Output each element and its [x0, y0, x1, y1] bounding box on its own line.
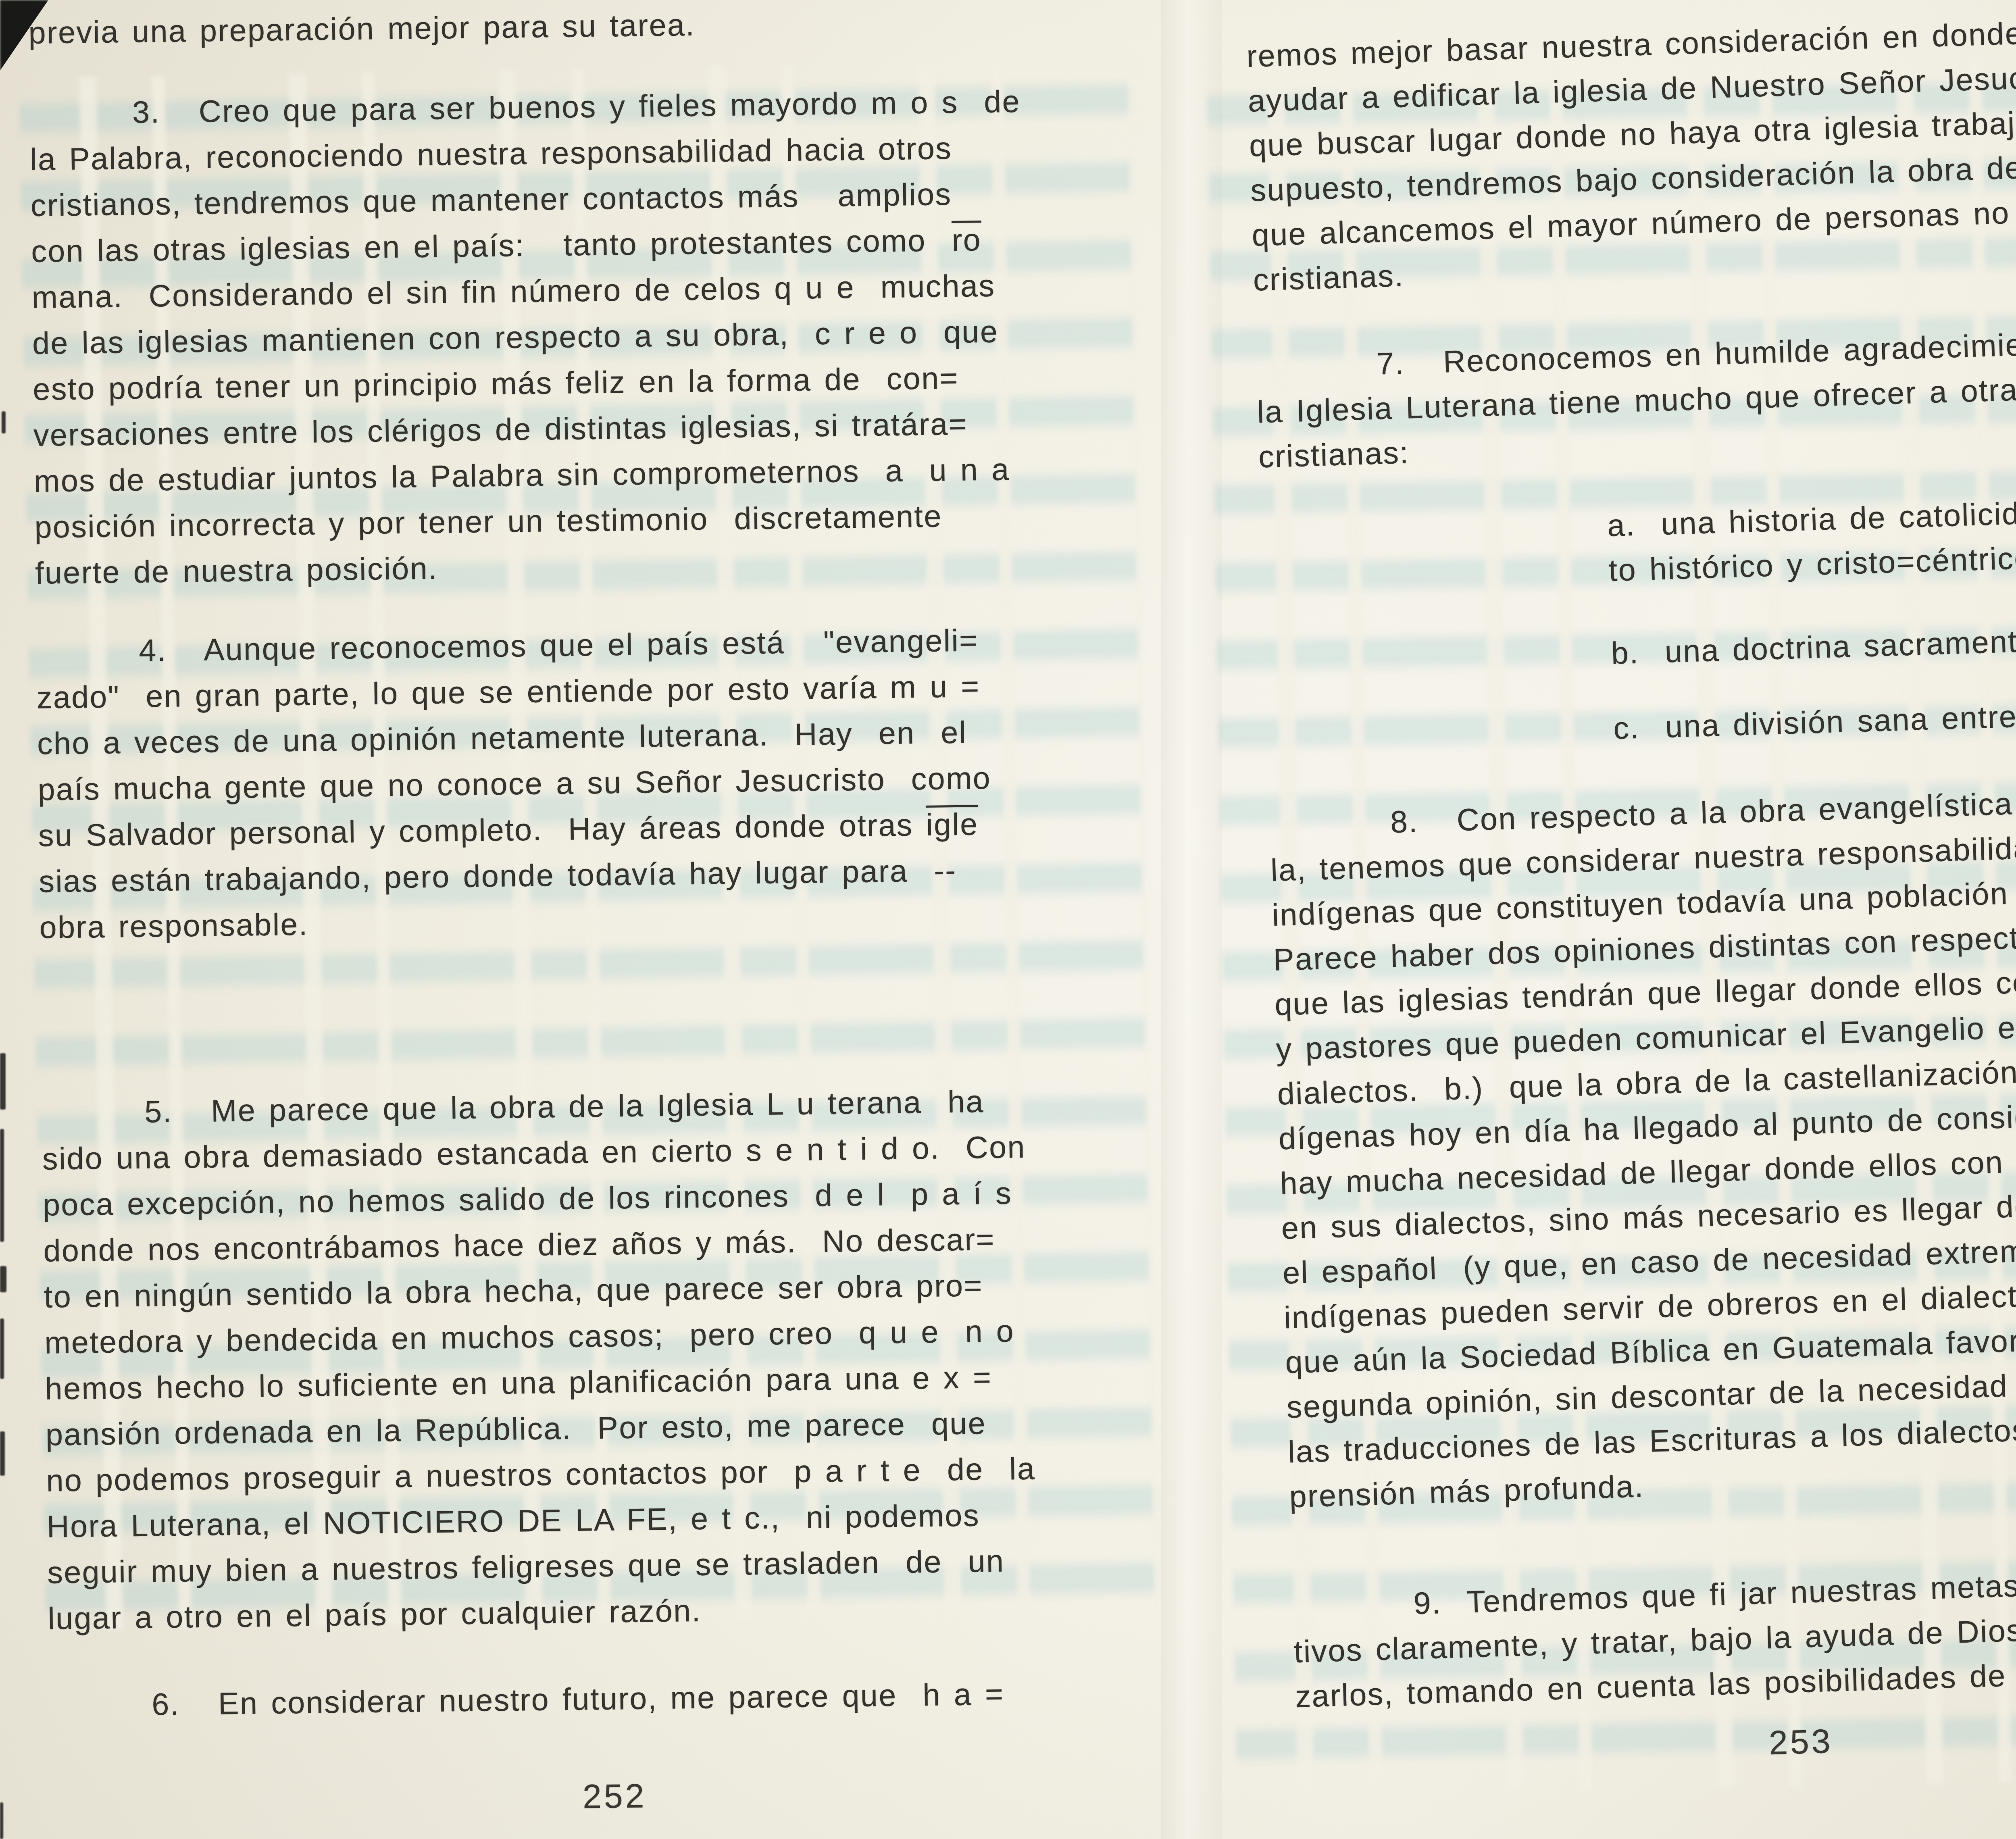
scan-artifact-edge-streak: [0, 1053, 6, 1110]
list-item-c: c. una división sana entre la Ley y el E…: [1613, 681, 2016, 751]
paragraph-4-text-a: 4. Aunque reconocemos que el país está "…: [36, 623, 991, 853]
scan-artifact-edge-streak: [0, 1266, 6, 1292]
paragraph-4-overline-word: igle: [926, 807, 979, 842]
paragraph-3-text-b: mana. Considerando el sin fin número de …: [31, 223, 1010, 591]
left-intro-line: previa una preparación mejor para su tar…: [28, 0, 1218, 56]
list-item-a-text: a. una historia de catolicidad de la igl…: [1607, 487, 2016, 543]
paragraph-3-text-a: 3. Creo que para ser buenos y fieles may…: [30, 84, 1021, 269]
paragraph-4: 4. Aunque reconocemos que el país está "…: [36, 614, 1229, 951]
paragraph-3: 3. Creo que para ser buenos y fieles may…: [29, 76, 1225, 596]
scan-artifact-edge-streak: [0, 1129, 4, 1242]
paragraph-6: 6. En considerar nuestro futuro, me pare…: [49, 1668, 1239, 1729]
paragraph-3-overline-word: ro: [952, 223, 982, 258]
list-item-b: b. una doctrina sacramental bíblica.: [1610, 606, 2016, 676]
list-item-a: a. una historia de catolicidad de la igl…: [1607, 479, 2016, 593]
continued-paragraph-6: remos mejor basar nuestra consideración …: [1246, 0, 2016, 303]
paragraph-5: 5. Me parece que la obra de la Iglesia L…: [42, 1076, 1237, 1642]
scan-artifact-edge-streak: [0, 1802, 3, 1839]
scan-artifact-edge-speck: [2, 411, 6, 433]
scan-artifact-edge-streak: [0, 1431, 5, 1476]
paragraph-9: 9. Tendremos que fi jar nuestras metas y…: [1292, 1550, 2016, 1719]
page-left: previa una preparación mejor para su tar…: [28, 0, 1240, 1823]
page-right: remos mejor basar nuestra consideración …: [1246, 0, 2016, 1777]
page-number-252: 252: [50, 1770, 1179, 1822]
paragraph-7: 7. Reconocemos en humilde agradecimiento…: [1255, 310, 2016, 479]
page-number-253: 253: [1296, 1708, 2016, 1777]
paragraph-8-text-a: 8. Con respecto a la obra evangelística …: [1270, 780, 2016, 1470]
paragraph-8: 8. Con respecto a la obra evangelística …: [1269, 769, 2016, 1520]
scan-artifact-edge-streak: [0, 1318, 4, 1379]
scanned-book-spread: { "left_page": { "page_number": "252", "…: [0, 0, 2016, 1839]
